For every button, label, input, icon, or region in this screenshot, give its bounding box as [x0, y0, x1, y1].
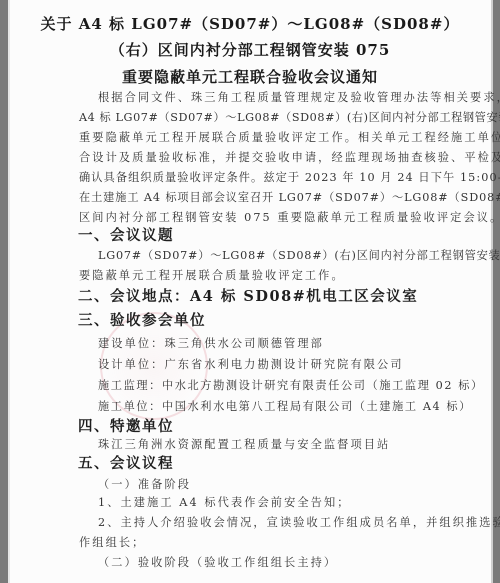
section-3-heading: 三、验收参会单位	[78, 314, 206, 329]
section-1-heading: 一、会议议题	[78, 229, 174, 244]
agenda-stage-2: （二）验收阶段（验收工作组组长主持）	[98, 557, 337, 568]
unit-supervision: 施工监理：中水北方勘测设计研究有限责任公司（施工监理 02 标）	[98, 380, 484, 391]
intro-line-6: 在土建施工 A4 标项目部会议室召开 LG07#（SD07#）～LG08#（SD…	[79, 192, 500, 203]
unit-construction: 建设单位：珠三角供水公司顺德管理部	[98, 338, 324, 349]
section-2-heading: 二、会议地点：A4 标 SD08#机电工区会议室	[78, 290, 418, 305]
section-5-heading: 五、会议议程	[78, 457, 174, 472]
title-line-2: （右）区间内衬分部工程钢管安装 075	[0, 43, 500, 58]
unit-contractor: 施工单位：中国水利水电第八工程局有限公司（土建施工 A4 标）	[98, 401, 472, 412]
title-line-1: 关于 A4 标 LG07#（SD07#）～LG08#（SD08#）	[0, 17, 500, 32]
intro-line-4: 合设计及质量验收标准，并提交验收申请，经监理现场抽查核验、平检及量测，	[79, 152, 500, 163]
intro-line-3: 重要隐蔽单元工程开展联合质量验收评定工作。相关单元工程经施工单位自检符	[79, 132, 500, 143]
intro-line-1: 根据合同文件、珠三角工程质量管理规定及验收管理办法等相关要求，对	[98, 92, 500, 103]
agenda-item-2-cont: 作组组长；	[79, 537, 145, 548]
title-line-3: 重要隐蔽单元工程联合验收会议通知	[0, 70, 500, 85]
agenda-item-2: 2、主持人介绍验收会情况，宣读验收工作组成员名单，并组织推选验收工	[98, 517, 500, 528]
unit-design: 设计单位：广东省水利电力勘测设计研究院有限公司	[98, 359, 404, 370]
intro-line-5: 确认具备组织质量验收评定条件。兹定于 2023 年 10 月 24 日下午 15…	[79, 172, 500, 183]
section-1-line-2: 要隐蔽单元工程开展联合质量验收评定工作。	[79, 270, 345, 281]
viewer-frame-left	[0, 0, 8, 583]
section-4-heading: 四、特邀单位	[78, 420, 174, 435]
section-1-line-1: LG07#（SD07#）～LG08#（SD08#）(右)区间内衬分部工程钢管安装…	[98, 250, 500, 261]
agenda-item-1: 1、土建施工 A4 标代表作会前安全告知；	[98, 497, 351, 508]
viewer-frame-right	[493, 0, 500, 583]
intro-line-7: 区间内衬分部工程钢管安装 075 重要隐蔽单元工程质量验收评定会议。	[79, 212, 500, 223]
special-invited-unit: 珠江三角洲水资源配置工程质量与安全监督项目站	[98, 439, 390, 450]
agenda-stage-1: （一）准备阶段	[98, 479, 191, 490]
intro-line-2: A4 标 LG07#（SD07#）～LG08#（SD08#）(右)区间内衬分部工…	[79, 112, 500, 123]
